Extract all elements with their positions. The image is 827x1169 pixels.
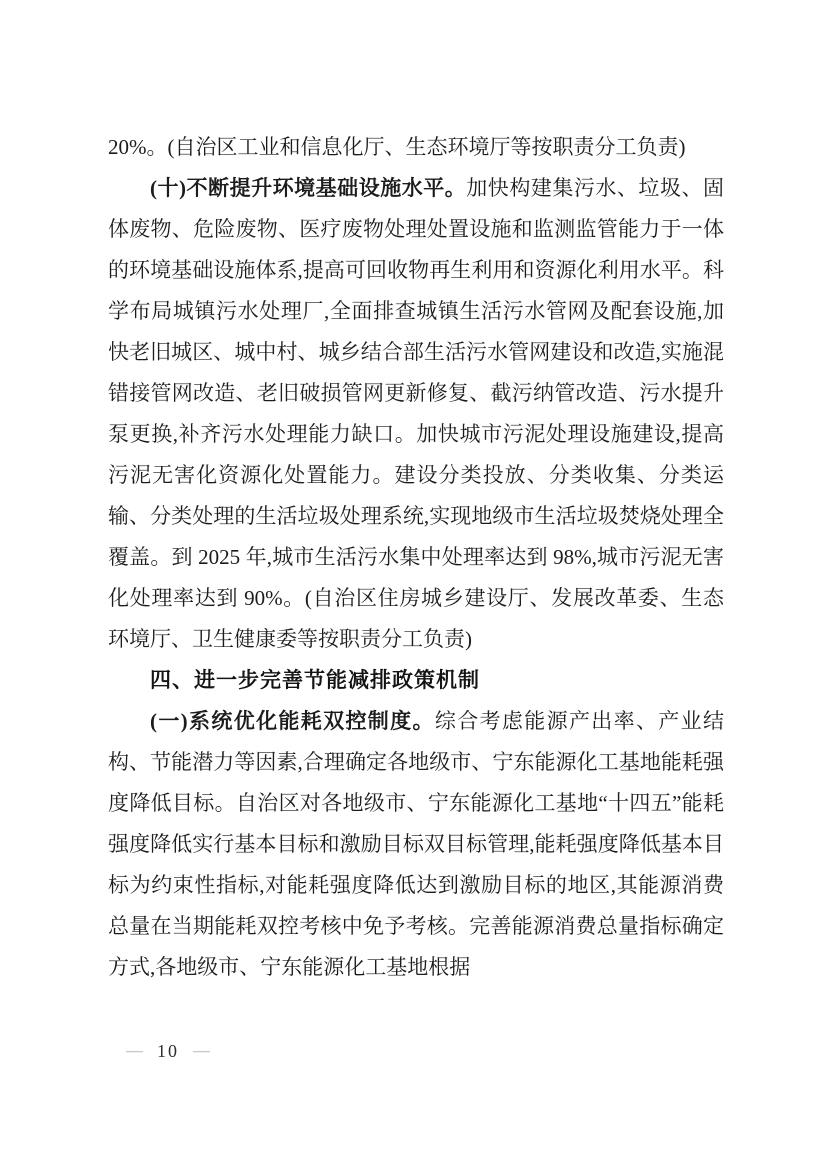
paragraph-ten-body: 加快构建集污水、垃圾、固体废物、危险废物、医疗废物处理处置设施和监测监管能力于一… xyxy=(108,176,724,651)
page-body-text: 20%。(自治区工业和信息化厅、生态环境厅等按职责分工负责) (十)不断提升环境… xyxy=(108,127,724,988)
page-number: 10 xyxy=(157,1038,179,1064)
continuation-text: 20%。(自治区工业和信息化厅、生态环境厅等按职责分工负责) xyxy=(108,135,685,159)
section-heading-four: 四、进一步完善节能减排政策机制 xyxy=(108,660,724,701)
paragraph-one-lead: (一)系统优化能耗双控制度。 xyxy=(150,709,435,733)
paragraph-ten-lead: (十)不断提升环境基础设施水平。 xyxy=(150,176,466,200)
paragraph-item-one: (一)系统优化能耗双控制度。综合考虑能源产出率、产业结构、节能潜力等因素,合理确… xyxy=(108,701,724,988)
footer-right-dash: — xyxy=(193,1041,210,1062)
paragraph-item-ten: (十)不断提升环境基础设施水平。加快构建集污水、垃圾、固体废物、危险废物、医疗废… xyxy=(108,168,724,660)
footer-left-dash: — xyxy=(126,1041,143,1062)
page-footer: — 10 — xyxy=(126,1038,210,1064)
continuation-paragraph: 20%。(自治区工业和信息化厅、生态环境厅等按职责分工负责) xyxy=(108,127,724,168)
document-page: 20%。(自治区工业和信息化厅、生态环境厅等按职责分工负责) (十)不断提升环境… xyxy=(0,0,827,1169)
paragraph-one-body: 综合考虑能源产出率、产业结构、节能潜力等因素,合理确定各地级市、宁东能源化工基地… xyxy=(108,709,724,979)
